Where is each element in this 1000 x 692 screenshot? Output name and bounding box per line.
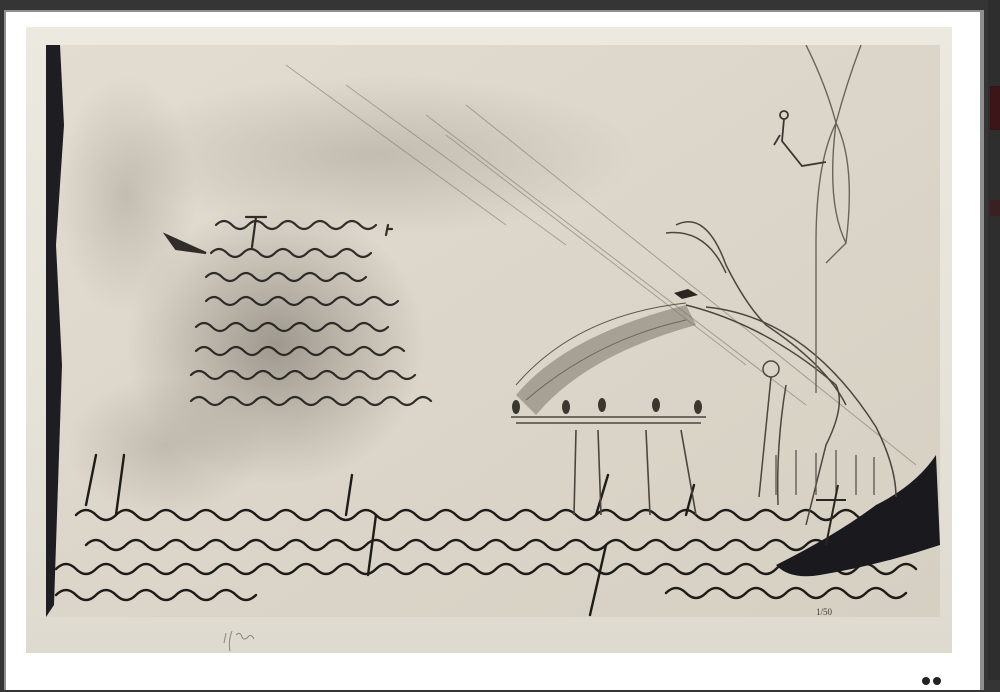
background-page-element (990, 86, 1000, 130)
lightbox-modal: 1/50 (4, 10, 984, 680)
svg-text:1/50: 1/50 (816, 607, 833, 617)
artwork-image[interactable]: 1/50 (46, 45, 940, 617)
artwork-mat: 1/50 (26, 27, 952, 653)
etching-drawing: 1/50 (46, 45, 940, 617)
lightbox-panel: 1/50 (6, 12, 980, 680)
more-dots-icon[interactable] (920, 672, 944, 680)
background-page-element (990, 200, 1000, 216)
caption-bar (26, 657, 956, 680)
pencil-signature (216, 625, 276, 653)
